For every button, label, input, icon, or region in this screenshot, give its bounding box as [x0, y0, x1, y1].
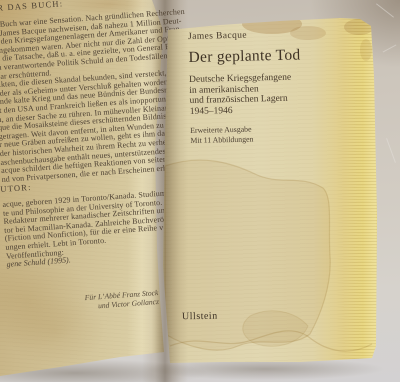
edition-note: Erweiterte AusgabeMit 11 Abbildungen — [190, 122, 360, 144]
book-subtitle: Deutsche Kriegsgefangenein amerikanische… — [189, 71, 360, 117]
publisher-imprint: Ullstein — [182, 311, 218, 323]
title-page: James Bacque Der geplante Tod Deutsche K… — [160, 16, 378, 368]
title-page-text: James Bacque Der geplante Tod Deutsche K… — [188, 28, 361, 145]
book-title: Der geplante Tod — [188, 45, 358, 67]
book-photo: ÜBER DAS BUCH: es Buch war eine Sensatio… — [0, 0, 400, 382]
